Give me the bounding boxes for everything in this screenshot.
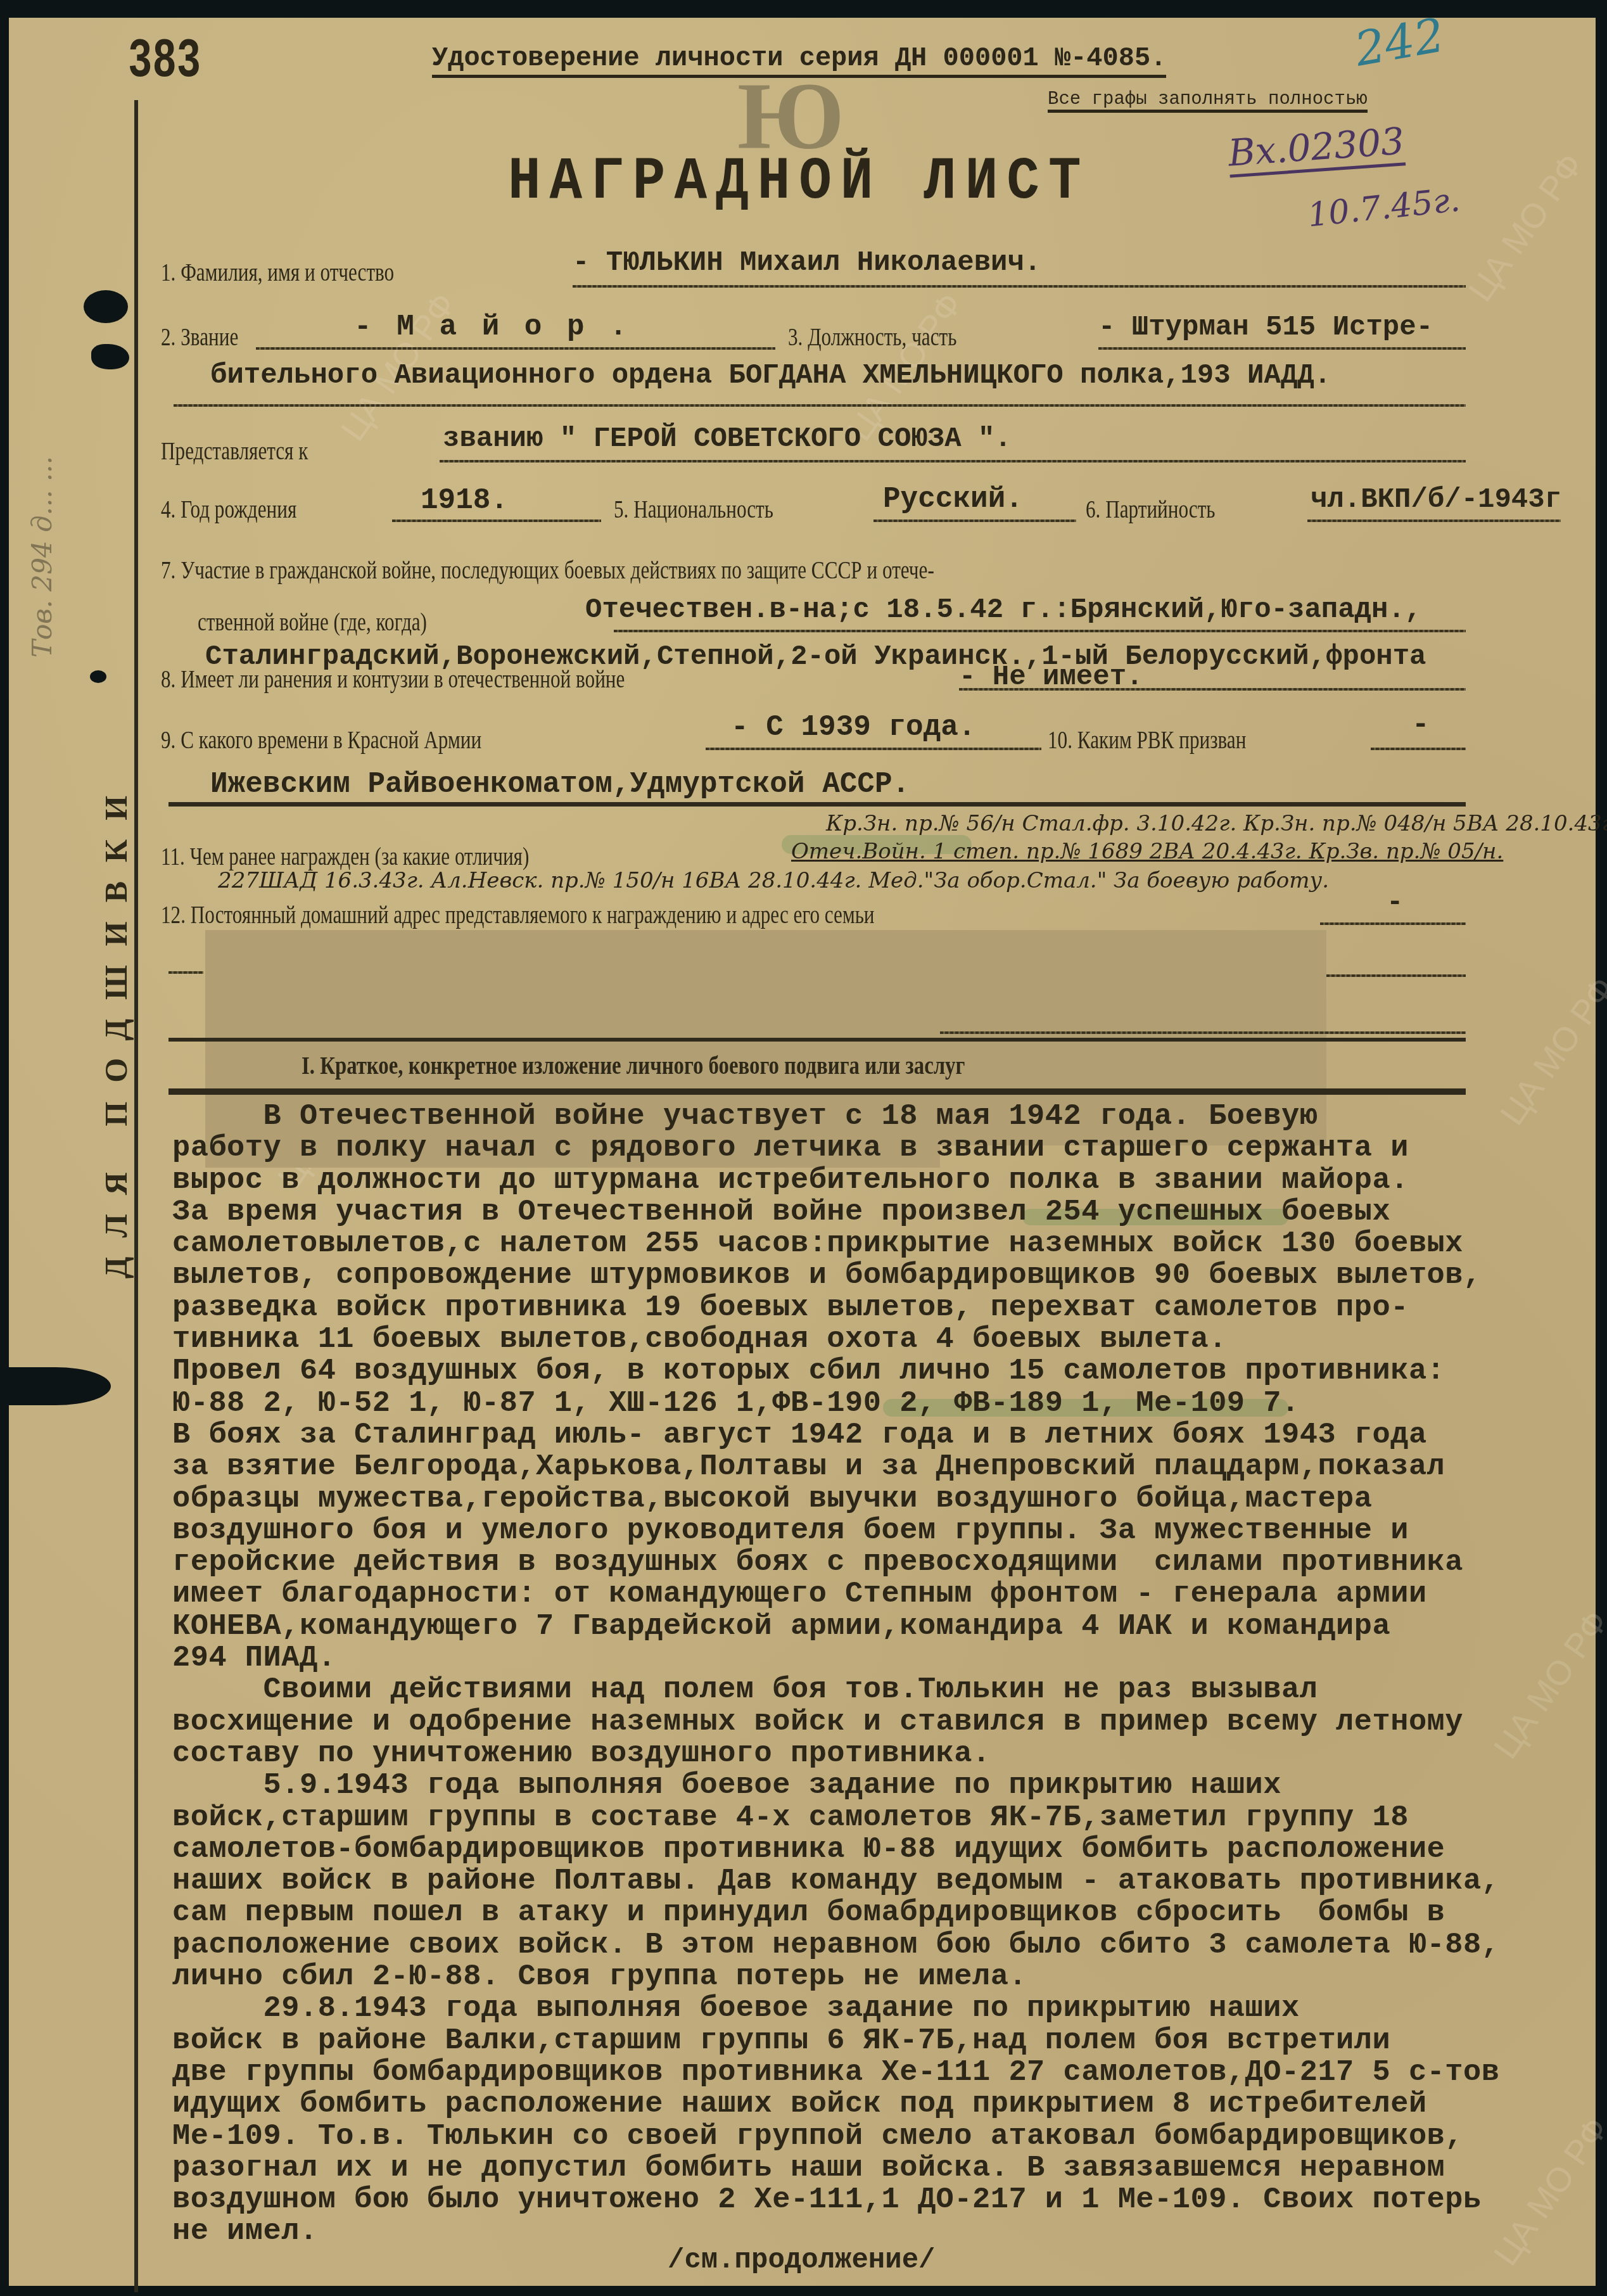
incoming-date: 10.7.45г.	[1306, 181, 1462, 235]
field-9-value: - С 1939 года.	[731, 711, 975, 744]
narrative-line: воздушном бою было уничтожено 2 Хе-111,1…	[172, 2184, 1585, 2216]
narrative-line: За время участия в Отечественной войне п…	[172, 1197, 1585, 1228]
field-10-value-line2: Ижевским Райвоенкоматом,Удмуртской АССР.	[210, 768, 910, 801]
presented-underline	[440, 460, 1466, 462]
field-1-label: 1. Фамилия, имя и отчество	[161, 257, 394, 287]
field-6-underline	[1307, 520, 1561, 522]
narrative-line: составу по уничтожению воздушного против…	[172, 1738, 1585, 1770]
field-2-label: 2. Звание	[161, 322, 238, 352]
narrative-line: геройские действия в воздушных боях с пр…	[172, 1547, 1585, 1579]
field-7-label: 7. Участие в гражданской войне, последую…	[161, 555, 934, 585]
field-3-underline	[1098, 347, 1466, 350]
narrative-line: войск в районе Валки,старшим группы 6 ЯК…	[172, 2025, 1585, 2057]
field-3-underline-2	[174, 404, 1466, 407]
section-heading: I. Краткое, конкретное изложение личного…	[302, 1050, 965, 1080]
field-5-underline	[873, 520, 1076, 522]
document-title: НАГРАДНОЙ ЛИСТ	[508, 148, 1090, 216]
margin-handwritten-note: Тов. 294 д... ...	[27, 456, 58, 658]
presented-value: званию " ГЕРОЙ СОВЕТСКОГО СОЮЗА ".	[443, 423, 1012, 455]
narrative-line: расположение своих войск. В этом неравно…	[172, 1930, 1585, 1961]
field-2-value: - М а й о р .	[354, 310, 631, 343]
incoming-number: Вх.02303	[1227, 119, 1406, 177]
address-line	[940, 1031, 1466, 1034]
punch-hole	[84, 290, 128, 323]
continuation-note: /см.продолжение/	[668, 2245, 935, 2276]
field-1-underline	[573, 285, 1466, 288]
field-10-value: -	[1412, 708, 1430, 741]
award-sheet-page: ЦА МО РФ ЦА МО РФ ЦА МО РФ ЦА МО РФ ЦА М…	[9, 18, 1596, 2286]
field-2-underline	[256, 347, 775, 350]
narrative-line: Ю-88 2, Ю-52 1, Ю-87 1, ХШ-126 1,ФВ-190 …	[172, 1388, 1585, 1420]
field-12-label: 12. Постоянный домашний адрес представля…	[161, 900, 875, 929]
field-7-label-2: ственной войне (где, когда)	[198, 607, 427, 637]
narrative-line: 294 ПИАД.	[172, 1643, 1585, 1674]
narrative-line: восхищение и одобрение наземных войск и …	[172, 1707, 1585, 1738]
punch-hole	[90, 670, 106, 683]
field-11-label: 11. Чем ранее награжден (за какие отличи…	[161, 841, 529, 871]
narrative-line: вылетов, сопровождение штурмовиков и бом…	[172, 1260, 1585, 1292]
field-3-value-line1: - Штурман 515 Истре-	[1098, 312, 1433, 343]
field-6-label: 6. Партийность	[1086, 494, 1216, 524]
binding-margin-label: ДЛЯ ПОДШИВКИ	[98, 777, 134, 1279]
narrative-line: самолетовылетов,с налетом 255 часов:прик…	[172, 1228, 1585, 1260]
field-11-value-line2: Отеч.Войн. 1 степ. пр.№ 1689 2ВА 20.4.43…	[791, 839, 1503, 864]
field-11-value-line1: Кр.Зн. пр.№ 56/н Стал.фр. 3.10.42г. Кр.З…	[826, 811, 1607, 836]
field-1-value: - ТЮЛЬКИН Михаил Николаевич.	[573, 247, 1041, 279]
address-line	[1326, 974, 1466, 977]
narrative-line: Провел 64 воздушных боя, в которых сбил …	[172, 1356, 1585, 1387]
narrative-line: идущих бомбить расположение наших войск …	[172, 2089, 1585, 2121]
narrative-line: за взятие Белгорода,Харькова,Полтавы и з…	[172, 1451, 1585, 1483]
page-number-stamp: 383	[128, 32, 201, 93]
field-10-underline	[1371, 748, 1466, 750]
narrative-line: работу в полку начал с рядового летчика …	[172, 1133, 1585, 1164]
narrative-line: В боях за Сталинград июль- август 1942 г…	[172, 1420, 1585, 1451]
field-10-label: 10. Каким РВК призван	[1048, 725, 1246, 755]
field-8-label: 8. Имеет ли ранения и контузии в отечест…	[161, 664, 625, 694]
narrative-line: воздушного боя и умелого руководителя бо…	[172, 1515, 1585, 1547]
field-3-value-line2: бительного Авиационного ордена БОГДАНА Х…	[210, 360, 1331, 392]
field-7-underline	[614, 630, 1466, 632]
narrative-line: КОНЕВА,командующего 7 Гвардейской армии,…	[172, 1611, 1585, 1643]
narrative-line: самолетов-бомбардировщиков противника Ю-…	[172, 1834, 1585, 1866]
narrative-line: Ме-109. То.в. Тюлькин со своей группой с…	[172, 2121, 1585, 2153]
address-line	[168, 971, 203, 974]
field-8-underline	[959, 688, 1466, 691]
narrative-line: наших войск в районе Полтавы. Дав команд…	[172, 1866, 1585, 1897]
narrative-line: тивника 11 боевых вылетов,свободная охот…	[172, 1324, 1585, 1356]
narrative-line: войск,старшим группы в составе 4-х самол…	[172, 1802, 1585, 1834]
field-5-label: 5. Национальность	[614, 494, 773, 524]
presented-label: Представляется к	[161, 436, 308, 466]
field-12-underline	[1320, 922, 1466, 925]
archive-number-handwritten: 242	[1351, 8, 1449, 77]
field-5-value: Русский.	[883, 483, 1023, 516]
field-11-value-line3: 227ШАД 16.3.43г. Ал.Невск. пр.№ 150/н 16…	[218, 868, 1329, 893]
narrative-text: В Отечественной войне участвует с 18 мая…	[172, 1101, 1585, 2248]
field-4-underline	[392, 520, 601, 522]
narrative-line: имеет благодарности: от командующего Сте…	[172, 1579, 1585, 1610]
field-6-value: чл.ВКП/б/-1943г	[1311, 484, 1561, 516]
narrative-line: образцы мужества,геройства,высокой выучк…	[172, 1484, 1585, 1515]
narrative-line: 5.9.1943 года выполняя боевое задание по…	[172, 1770, 1585, 1802]
punch-hole	[91, 344, 129, 369]
field-9-label: 9. С какого времени в Красной Армии	[161, 725, 481, 755]
narrative-line: разведка войск противника 19 боевых выле…	[172, 1292, 1585, 1324]
field-7-value-line1: Отечествен.в-на;с 18.5.42 г.:Брянский,Юг…	[585, 594, 1421, 626]
field-3-label: 3. Должность, часть	[788, 322, 956, 352]
address-bottom-rule	[168, 1038, 1466, 1042]
narrative-line: 29.8.1943 года выполняя боевое задание п…	[172, 1993, 1585, 2025]
section-heading-rule	[168, 1088, 1466, 1095]
narrative-line: две группы бомбардировщиков противника Х…	[172, 2057, 1585, 2089]
narrative-line: не имел.	[172, 2216, 1585, 2248]
field-12-value: -	[1387, 887, 1403, 919]
watermark: ЦА МО РФ	[1461, 146, 1591, 309]
narrative-line: разогнал их и не допустил бомбить наши в…	[172, 2153, 1585, 2184]
fill-instruction: Все графы заполнять полностью	[1048, 89, 1368, 113]
field-4-label: 4. Год рождения	[161, 494, 296, 524]
narrative-line: сам первым пошел в атаку и принудил бома…	[172, 1897, 1585, 1929]
binding-margin-line	[134, 100, 138, 2292]
field-4-value: 1918.	[421, 484, 508, 517]
narrative-line: Своими действиями над полем боя тов.Тюль…	[172, 1674, 1585, 1706]
ink-blot	[0, 1367, 111, 1405]
narrative-line: лично сбил 2-Ю-88. Своя группа потерь не…	[172, 1961, 1585, 1993]
narrative-line: В Отечественной войне участвует с 18 мая…	[172, 1101, 1585, 1133]
field-9-underline	[706, 748, 1041, 750]
narrative-line: вырос в должности до штурмана истребител…	[172, 1165, 1585, 1197]
field-10-underline-2	[168, 802, 1466, 807]
